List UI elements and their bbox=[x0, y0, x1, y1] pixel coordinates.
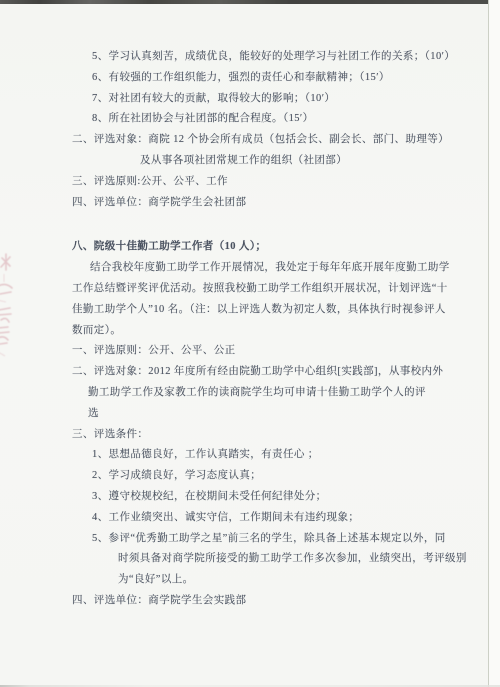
document-line: 工作总结暨评奖评优活动。按照我校勤工助学工作组织开展状况，计划评选“十 bbox=[0, 279, 489, 300]
scanned-document-page: 5、学习认真刻苦，成绩优良，能较好的处理学习与社团工作的关系；（10′）6、有较… bbox=[0, 0, 500, 687]
document-line: 6、有较强的工作组织能力，强烈的责任心和奉献精神；（15′） bbox=[0, 68, 489, 89]
document-line: 3、遵守校规校纪，在校期间未受任何纪律处分； bbox=[0, 487, 489, 508]
scan-edge-right bbox=[488, 0, 500, 687]
document-line: 5、参评“优秀勤工助学之星”前三名的学生，除具备上述基本规定以外，同 bbox=[0, 529, 489, 550]
document-line: 数而定）。 bbox=[0, 321, 489, 342]
document-line: 8、所在社团协会与社团部的配合程度。（15′） bbox=[0, 109, 489, 130]
document-line: 四、评选单位：商学院学生会实践部 bbox=[0, 591, 489, 612]
document-line: 1、思想品德良好，工作认真踏实，有责任心 ； bbox=[0, 445, 489, 466]
document-line: 勤工助学工作及家教工作的读商院学生均可申请十佳勤工助学个人的评 bbox=[0, 383, 489, 404]
document-line: 三、评选条件： bbox=[0, 425, 489, 446]
document-line: 四、评选单位：商学院学生会社团部 bbox=[0, 193, 489, 214]
document-line: 二、评选对象：2012 年度所有经由院勤工助学中心组织[实践部]，从事校内外 bbox=[0, 362, 489, 383]
document-line: 时须具备对商学院所接受的勤工助学工作多次参加，业绩突出，考评级别 bbox=[0, 549, 489, 570]
document-line: 三、评选原则:公开、公平、工作 bbox=[0, 172, 489, 193]
scan-edge-top bbox=[0, 0, 500, 4]
document-line: 二、评选对象：商院 12 个协会所有成员（包括会长、副会长、部门、助理等） bbox=[0, 130, 489, 151]
document-line: 一、评选原则：公开、公平、公正 bbox=[0, 341, 489, 362]
document-line: 八、院级十佳勤工助学工作者（10 人）； bbox=[0, 237, 489, 258]
document-line: 为“良好”以上。 bbox=[0, 570, 489, 591]
document-line: 4、工作业绩突出、诚实守信，工作期间未有违约现象； bbox=[0, 508, 489, 529]
document-text: 5、学习认真刻苦，成绩优良，能较好的处理学习与社团工作的关系；（10′）6、有较… bbox=[0, 47, 489, 612]
document-line: 5、学习认真刻苦，成绩优良，能较好的处理学习与社团工作的关系；（10′） bbox=[0, 47, 489, 68]
document-line: 及从事各项社团常规工作的组织（社团部） bbox=[0, 151, 489, 172]
document-line: 佳勤工助学个人”10 名。（注：以上评选人数为初定人数，具体执行时视参评人 bbox=[0, 300, 489, 321]
document-line: 2、学习成绩良好，学习态度认真； bbox=[0, 466, 489, 487]
document-line: 结合我校年度勤工助学工作开展情况，我处定于每年年底开展年度勤工助学 bbox=[0, 258, 489, 279]
document-line: 选 bbox=[0, 404, 489, 425]
document-line: 7、对社团有较大的贡献，取得较大的影响；（10′） bbox=[0, 89, 489, 110]
